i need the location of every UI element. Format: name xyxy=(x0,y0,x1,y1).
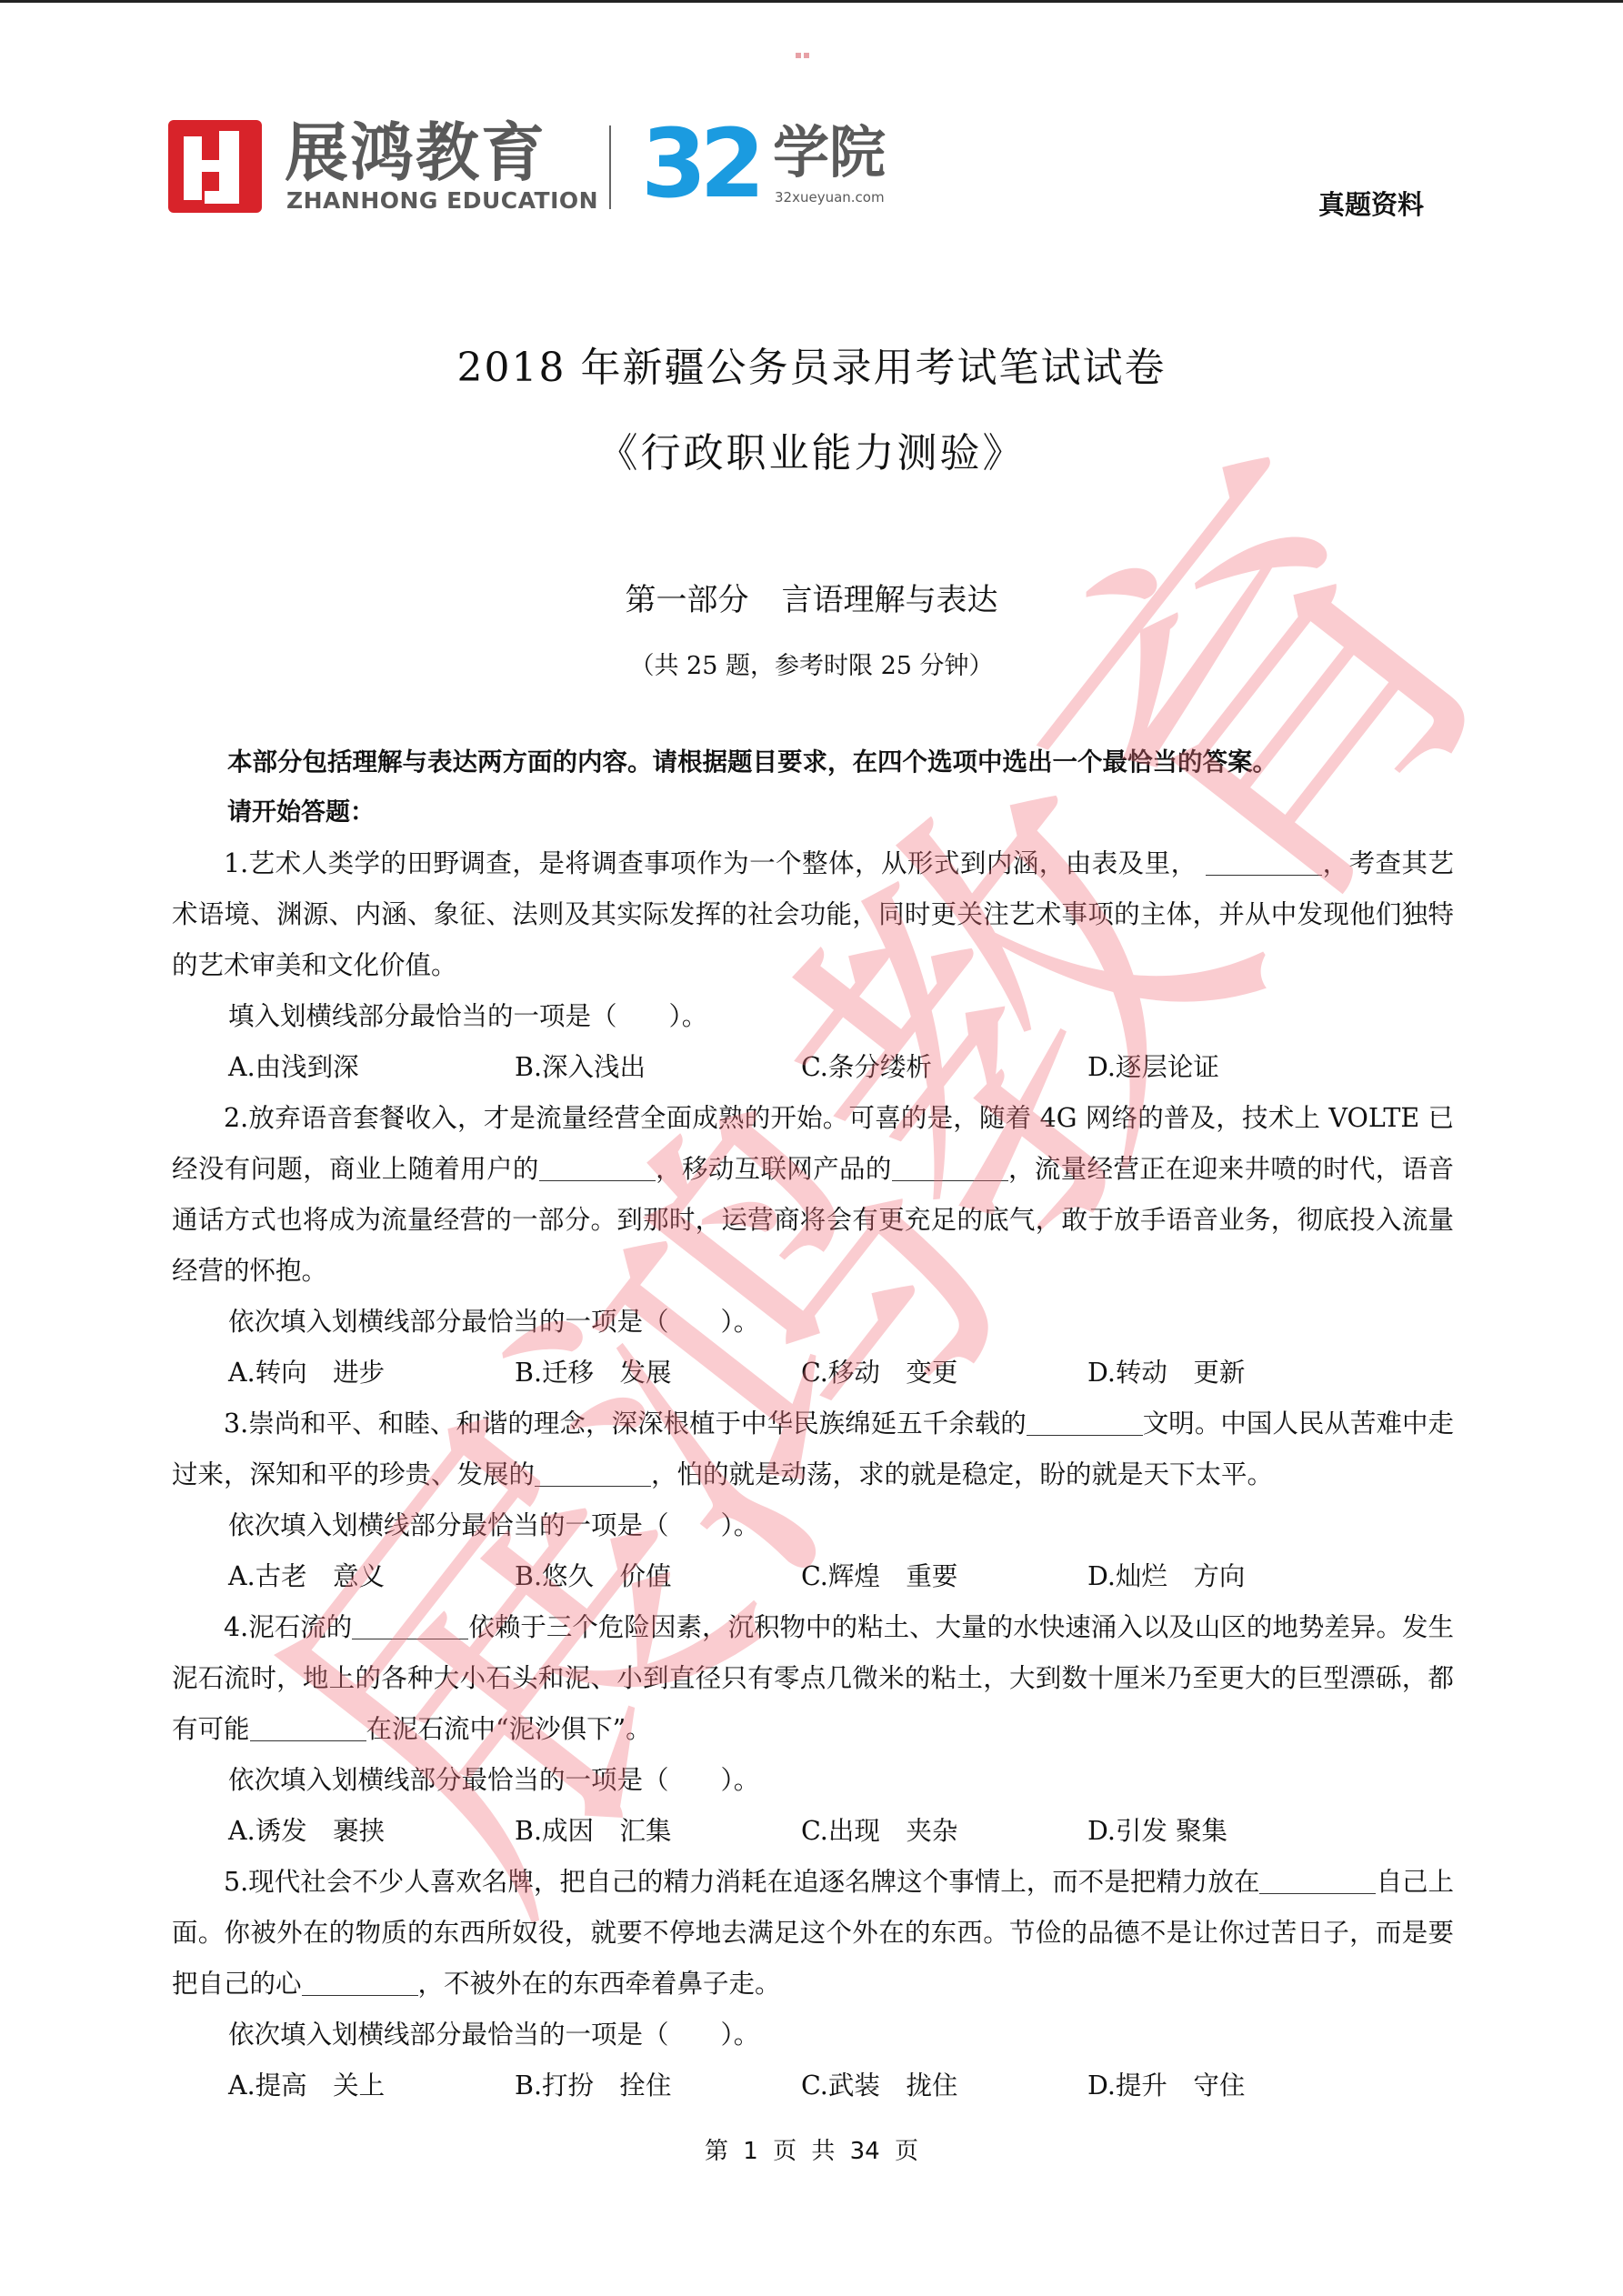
document-header: 展鸿教育 ZHANHONG EDUCATION 32 学院 32xueyuan.… xyxy=(168,116,1459,216)
question-stem: 填入划横线部分最恰当的一项是（ ）。 xyxy=(172,991,1454,1042)
answer-blank xyxy=(352,1613,468,1640)
question-3: 3.崇尚和平、和睦、和谐的理念，深深根植于中华民族绵延五千余载的文明。中国人民从… xyxy=(172,1399,1454,1602)
option-a: A.提高 关上 xyxy=(228,2060,515,2111)
brand32-name: 学院 xyxy=(773,120,886,185)
brand32-logo-number: 32 xyxy=(641,109,758,218)
answer-blank xyxy=(539,1155,656,1182)
question-text: 5.现代社会不少人喜欢名牌，把自己的精力消耗在追逐名牌这个事情上，而不是把精力放… xyxy=(172,1857,1454,2010)
option-c: C.移动 变更 xyxy=(801,1348,1087,1399)
section-name: 言语理解与表达 xyxy=(782,582,998,618)
question-text: 2.放弃语音套餐收入，才是流量经营全面成熟的开始。可喜的是，随着 4G 网络的普… xyxy=(172,1093,1454,1297)
question-text: 4.泥石流的依赖于三个危险因素，沉积物中的粘土、大量的水快速涌入以及山区的地势差… xyxy=(172,1602,1454,1755)
option-b: B.悠久 价值 xyxy=(515,1551,801,1602)
question-text: 3.崇尚和平、和睦、和谐的理念，深深根植于中华民族绵延五千余载的文明。中国人民从… xyxy=(172,1399,1454,1500)
answer-blank xyxy=(1259,1868,1376,1895)
option-c: C.辉煌 重要 xyxy=(801,1551,1087,1602)
answer-blank xyxy=(1206,849,1322,877)
brand32-url: 32xueyuan.com xyxy=(775,189,885,206)
option-a: A.转向 进步 xyxy=(228,1348,515,1399)
zhanhong-logo-icon xyxy=(168,120,262,213)
options: A.古老 意义 B.悠久 价值 C.辉煌 重要 D.灿烂 方向 xyxy=(172,1551,1454,1602)
option-d: D.引发 聚集 xyxy=(1087,1806,1374,1857)
option-c: C.武装 拢住 xyxy=(801,2060,1087,2111)
question-4: 4.泥石流的依赖于三个危险因素，沉积物中的粘土、大量的水快速涌入以及山区的地势差… xyxy=(172,1602,1454,1857)
options: A.由浅到深 B.深入浅出 C.条分缕析 D.逐层论证 xyxy=(172,1042,1454,1093)
exam-subject: 《行政职业能力测验》 xyxy=(0,420,1623,478)
option-d: D.转动 更新 xyxy=(1087,1348,1374,1399)
section-heading: 第一部分言语理解与表达 xyxy=(0,575,1623,619)
answer-blank xyxy=(892,1155,1008,1182)
option-b: B.深入浅出 xyxy=(515,1042,801,1093)
brand-name-cn: 展鸿教育 xyxy=(285,116,546,189)
question-5: 5.现代社会不少人喜欢名牌，把自己的精力消耗在追逐名牌这个事情上，而不是把精力放… xyxy=(172,1857,1454,2111)
exam-title: 2018 年新疆公务员录用考试笔试试卷 xyxy=(0,335,1623,393)
options: A.提高 关上 B.打扮 拴住 C.武装 拢住 D.提升 守住 xyxy=(172,2060,1454,2111)
option-c: C.条分缕析 xyxy=(801,1042,1087,1093)
option-a: A.诱发 裹挟 xyxy=(228,1806,515,1857)
section-instructions: 本部分包括理解与表达两方面的内容。请根据题目要求，在四个选项中选出一个最恰当的答… xyxy=(227,741,1277,777)
answer-blank xyxy=(302,1970,418,1997)
answer-blank xyxy=(250,1715,366,1742)
option-d: D.逐层论证 xyxy=(1087,1042,1374,1093)
question-stem: 依次填入划横线部分最恰当的一项是（ ）。 xyxy=(172,2010,1454,2060)
option-c: C.出现 夹杂 xyxy=(801,1806,1087,1857)
option-b: B.迁移 发展 xyxy=(515,1348,801,1399)
question-text: 1.艺术人类学的田野调查，是将调查事项作为一个整体，从形式到内涵，由表及里， ，… xyxy=(172,838,1454,991)
page-indicator: 第 1 页 共 34 页 xyxy=(0,2132,1623,2166)
option-a: A.由浅到深 xyxy=(228,1042,515,1093)
option-d: D.灿烂 方向 xyxy=(1087,1551,1374,1602)
brand-name-en: ZHANHONG EDUCATION xyxy=(286,187,598,214)
answer-blank xyxy=(1027,1409,1143,1437)
document-tag: 真题资料 xyxy=(1318,185,1424,222)
question-stem: 依次填入划横线部分最恰当的一项是（ ）。 xyxy=(172,1297,1454,1348)
answer-blank xyxy=(535,1460,651,1488)
brand-divider xyxy=(609,125,611,209)
question-stem: 依次填入划横线部分最恰当的一项是（ ）。 xyxy=(172,1755,1454,1806)
scan-marks xyxy=(796,53,809,58)
start-prompt: 请开始答题： xyxy=(227,792,375,827)
question-stem: 依次填入划横线部分最恰当的一项是（ ）。 xyxy=(172,1500,1454,1551)
options: A.转向 进步 B.迁移 发展 C.移动 变更 D.转动 更新 xyxy=(172,1348,1454,1399)
option-b: B.成因 汇集 xyxy=(515,1806,801,1857)
section-note: （共 25 题，参考时限 25 分钟） xyxy=(0,646,1623,681)
option-a: A.古老 意义 xyxy=(228,1551,515,1602)
question-list: 1.艺术人类学的田野调查，是将调查事项作为一个整体，从形式到内涵，由表及里， ，… xyxy=(172,838,1454,2111)
option-b: B.打扮 拴住 xyxy=(515,2060,801,2111)
question-1: 1.艺术人类学的田野调查，是将调查事项作为一个整体，从形式到内涵，由表及里， ，… xyxy=(172,838,1454,1093)
section-part: 第一部分 xyxy=(626,582,749,618)
option-d: D.提升 守住 xyxy=(1087,2060,1374,2111)
question-2: 2.放弃语音套餐收入，才是流量经营全面成熟的开始。可喜的是，随着 4G 网络的普… xyxy=(172,1093,1454,1399)
top-border-line xyxy=(0,0,1623,3)
options: A.诱发 裹挟 B.成因 汇集 C.出现 夹杂 D.引发 聚集 xyxy=(172,1806,1454,1857)
